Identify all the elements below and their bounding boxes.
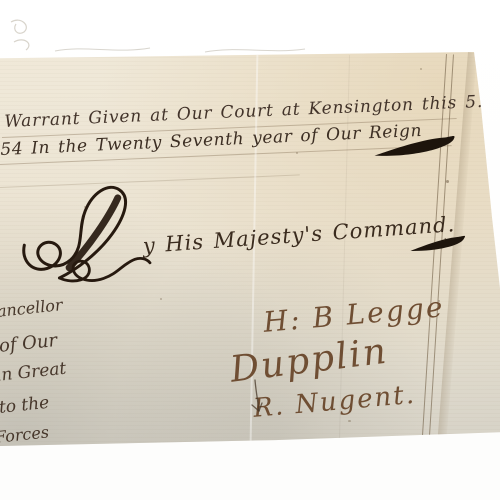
left-fragment: to the xyxy=(0,393,50,418)
ink-tick-mark: ’ xyxy=(443,236,447,249)
paper-speck xyxy=(420,68,422,70)
left-fragment: in Great xyxy=(0,359,67,386)
signature-nugent: R. Nugent. xyxy=(252,380,417,424)
paper-speck xyxy=(388,128,390,130)
paper-speck xyxy=(296,152,298,154)
paper-speck xyxy=(348,420,351,422)
command-line: y His Majesty's Command. xyxy=(142,212,456,258)
faint-ink-trace xyxy=(6,14,46,54)
document-photo: Warrant Given at Our Court at Kensington… xyxy=(0,0,500,500)
left-fragment: of Our xyxy=(0,330,58,357)
signature-legge: H: B Legge xyxy=(262,290,446,339)
faint-ink-trace xyxy=(55,42,355,56)
paper-speck xyxy=(438,300,440,302)
paper: Warrant Given at Our Court at Kensington… xyxy=(0,52,500,446)
paper-speck xyxy=(160,298,162,300)
left-fragment: Forces xyxy=(0,422,50,447)
left-fragment: ancellor xyxy=(0,295,63,321)
calligraphic-b-initial xyxy=(20,183,153,287)
paper-speck xyxy=(84,206,86,208)
ink-arrow-mark xyxy=(247,378,267,418)
paper-speck xyxy=(446,180,449,183)
